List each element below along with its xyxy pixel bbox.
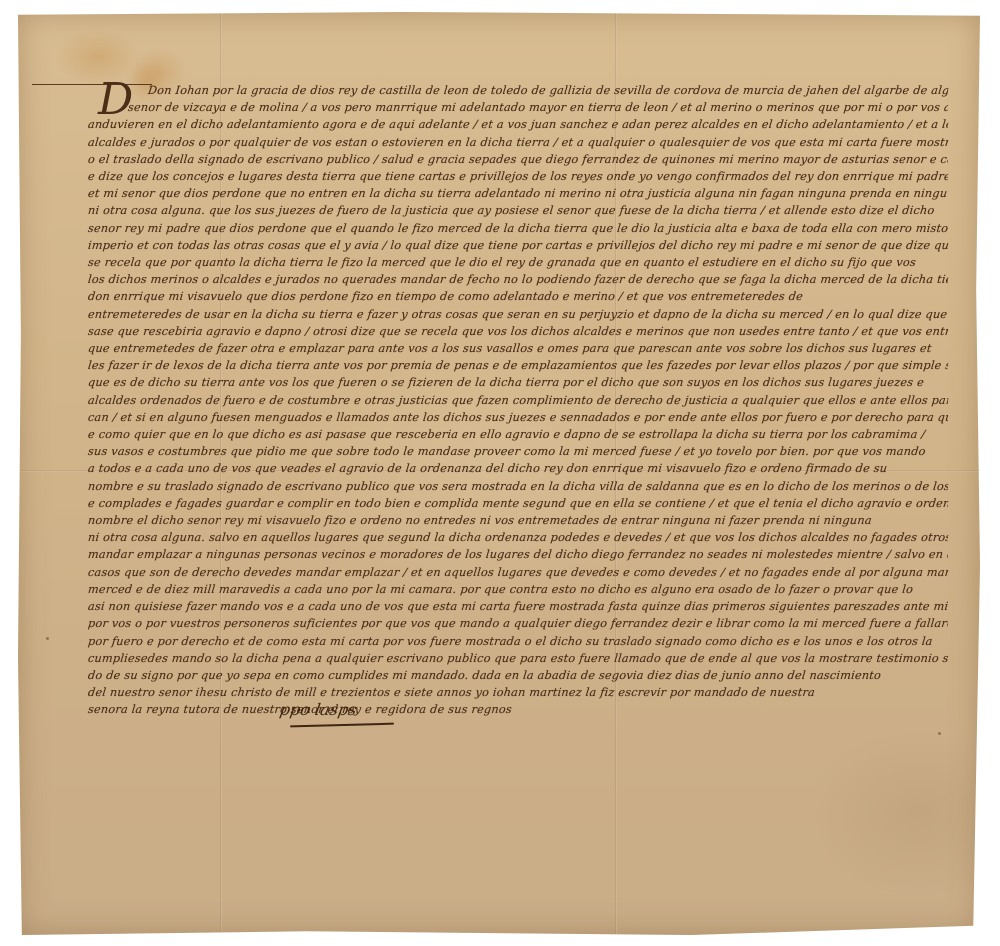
manuscript-line: anduvieren en el dicho adelantamiento ag…: [87, 116, 949, 133]
manuscript-line: imperio et con todas las otras cosas que…: [87, 237, 949, 254]
manuscript-line: casos que son de derecho devedes mandar …: [87, 564, 949, 581]
manuscript-line: ni otra cosa alguna. salvo en aquellos l…: [87, 529, 949, 546]
manuscript-line: senora la reyna tutora de nuestro senor …: [87, 701, 949, 718]
manuscript-line: les fazer ir de lexos de la dicha tierra…: [87, 357, 949, 374]
manuscript-lines: Don Iohan por la gracia de dios rey de c…: [88, 82, 948, 719]
manuscript-line: cumpliesedes mando so la dicha pena a qu…: [87, 650, 949, 667]
manuscript-line: Don Iohan por la gracia de dios rey de c…: [87, 82, 949, 99]
manuscript-line: nombre e su traslado signado de escrivan…: [87, 478, 949, 495]
manuscript-line: del nuestro senor ihesu christo de mill …: [87, 684, 949, 701]
ink-speck: [46, 637, 49, 640]
ink-speck: [938, 732, 941, 735]
manuscript-line: can / et si en alguno fuesen menguados e…: [87, 409, 949, 426]
manuscript-line: que es de dicho su tierra ante vos los q…: [87, 374, 949, 391]
manuscript-line: alcaldes ordenados de fuero e de costumb…: [87, 392, 949, 409]
manuscript-line: entremeteredes de usar en la dicha su ti…: [87, 306, 949, 323]
manuscript-line: do de su signo por que yo sepa en como c…: [87, 667, 949, 684]
manuscript-line: e complades e fagades guardar e complir …: [87, 495, 949, 512]
manuscript-line: los dichos merinos o alcaldes e jurados …: [87, 271, 949, 288]
manuscript-line: se recela que por quanto la dicha tierra…: [87, 254, 949, 271]
manuscript-line: ni otra cosa alguna. que los sus juezes …: [87, 202, 949, 219]
manuscript-line: et mi senor que dios perdone que no entr…: [87, 185, 949, 202]
manuscript-text: D Don Iohan por la gracia de dios rey de…: [88, 82, 948, 719]
manuscript-line: don enrrique mi visavuelo que dios perdo…: [87, 288, 949, 305]
signature: ppo lasps: [278, 700, 358, 719]
manuscript-line: merced e de diez mill maravedis a cada u…: [87, 581, 949, 598]
signature-flourish: [290, 723, 394, 728]
manuscript-line: por fuero e por derecho et de como esta …: [87, 633, 949, 650]
manuscript-line: sase que rescebiria agravio e dapno / ot…: [87, 323, 949, 340]
manuscript-line: e como quier que en lo que dicho es asi …: [87, 426, 949, 443]
manuscript-line: alcaldes e jurados o por qualquier de vo…: [87, 134, 949, 151]
manuscript-paper: D Don Iohan por la gracia de dios rey de…: [18, 12, 980, 935]
manuscript-line: e dize que los concejos e lugares desta …: [87, 168, 949, 185]
manuscript-line: nombre el dicho senor rey mi visavuelo f…: [87, 512, 949, 529]
manuscript-line: senor de vizcaya e de molina / a vos per…: [87, 99, 949, 116]
manuscript-line: o el traslado della signado de escrivano…: [87, 151, 949, 168]
manuscript-line: asi non quisiese fazer mando vos e a cad…: [87, 598, 949, 615]
manuscript-line: que entremetedes de fazer otra e emplaza…: [87, 340, 949, 357]
manuscript-line: por vos o por vuestros personeros sufici…: [87, 615, 949, 632]
manuscript-line: sus vasos e costumbres que pidio me que …: [87, 443, 949, 460]
manuscript-line: mandar emplazar a ningunas personas veci…: [87, 546, 949, 563]
manuscript-line: a todos e a cada uno de vos que veades e…: [87, 460, 949, 477]
manuscript-line: senor rey mi padre que dios perdone que …: [87, 220, 949, 237]
